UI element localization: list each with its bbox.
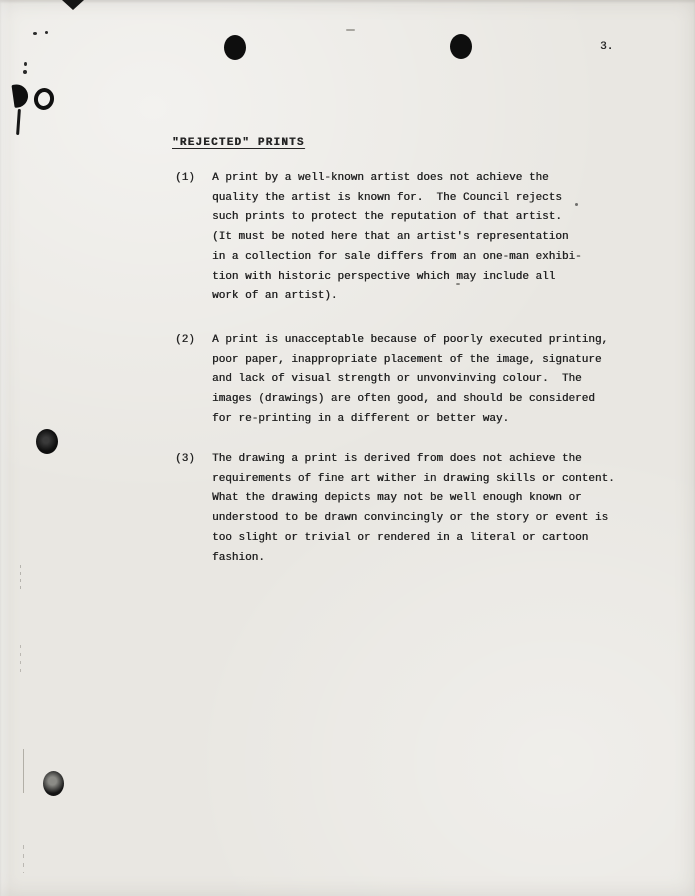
scan-crease-mark <box>23 749 24 793</box>
scan-crease-mark <box>20 565 21 592</box>
ink-speck-mark <box>33 32 37 35</box>
ink-ring-mark <box>32 86 56 112</box>
binding-hole-mark-top-left <box>224 35 246 60</box>
ink-blob-mark <box>11 83 29 108</box>
binding-hole-mark-middle-left <box>36 429 58 454</box>
list-item-2: (2) A print is unacceptable because of p… <box>175 331 652 430</box>
scan-crease-mark <box>20 645 21 677</box>
document-heading: "REJECTED" PRINTS <box>172 134 305 154</box>
list-item-number: (3) <box>175 450 212 470</box>
page-number: 3. <box>600 38 613 58</box>
list-item-number: (1) <box>175 169 212 189</box>
list-item-text: The drawing a print is derived from does… <box>212 450 652 568</box>
binding-hole-mark-top-right <box>450 34 472 59</box>
list-item-text: A print is unacceptable because of poorl… <box>212 331 652 430</box>
ink-stroke-mark <box>16 109 21 135</box>
binding-hole-mark-bottom-left <box>43 771 64 796</box>
ink-speck-mark <box>24 62 27 66</box>
ink-speck-mark <box>23 70 27 74</box>
list-item-text: A print by a well-known artist does not … <box>212 169 652 307</box>
list-item-1: (1) A print by a well-known artist does … <box>175 169 652 307</box>
scan-crease-mark <box>23 845 24 873</box>
ink-speck-mark <box>45 31 48 34</box>
scanned-document-page: 3. "REJECTED" PRINTS (1) A print by a we… <box>0 0 695 896</box>
page-corner-fold-mark <box>62 0 84 10</box>
list-item-number: (2) <box>175 331 212 351</box>
list-item-3: (3) The drawing a print is derived from … <box>175 450 652 568</box>
ink-speck-mark <box>346 29 355 31</box>
